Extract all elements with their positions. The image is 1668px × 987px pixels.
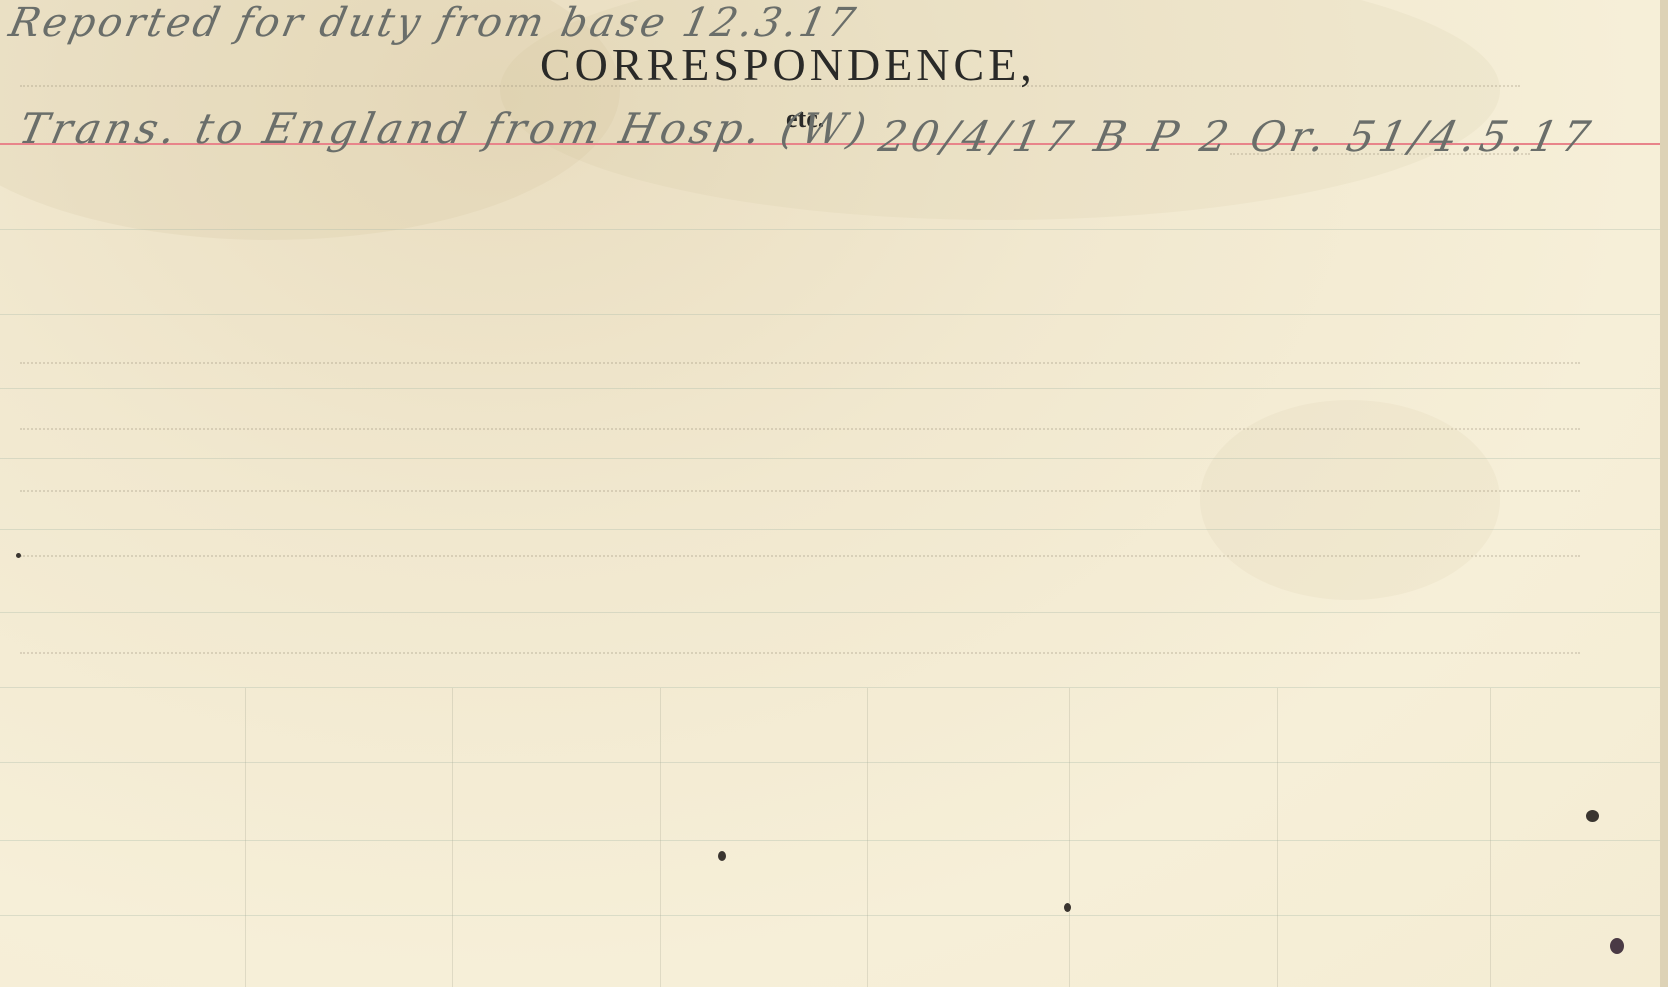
ruled-line — [0, 388, 1660, 389]
show-through-dots — [20, 652, 1580, 656]
ruled-line — [0, 229, 1660, 230]
ruled-line — [0, 762, 1660, 763]
ink-spot — [1586, 810, 1599, 822]
ink-spot — [718, 851, 726, 861]
grid-column-line — [245, 688, 246, 987]
ruled-line — [0, 314, 1660, 315]
grid-column-line — [1490, 688, 1491, 987]
grid-column-line — [1069, 688, 1070, 987]
ruled-line — [0, 840, 1660, 841]
ruled-line — [0, 687, 1660, 688]
grid-column-line — [660, 688, 661, 987]
show-through-dots — [20, 490, 1580, 494]
grid-column-line — [867, 688, 868, 987]
show-through-dots — [20, 555, 1580, 559]
ruled-line — [0, 915, 1660, 916]
show-through-dots — [20, 428, 1580, 432]
ink-spot — [1064, 903, 1071, 912]
grid-column-line — [1277, 688, 1278, 987]
ruled-line — [0, 458, 1660, 459]
handwritten-entry: Reported for duty from base 12.3.17 — [5, 0, 862, 46]
ink-spot — [1610, 938, 1624, 954]
ruled-line — [0, 612, 1660, 613]
show-through-dots — [20, 362, 1580, 366]
ink-spot — [16, 553, 21, 558]
record-card: CORRESPONDENCE, etc. Reported for duty f… — [0, 0, 1668, 987]
grid-column-line — [452, 688, 453, 987]
handwritten-entry: 20/4/17 B P 2 Or. 51/4.5.17 — [875, 112, 1599, 161]
handwritten-entry: Trans. to England from Hosp. (W) — [15, 104, 875, 153]
ruled-line — [0, 529, 1660, 530]
